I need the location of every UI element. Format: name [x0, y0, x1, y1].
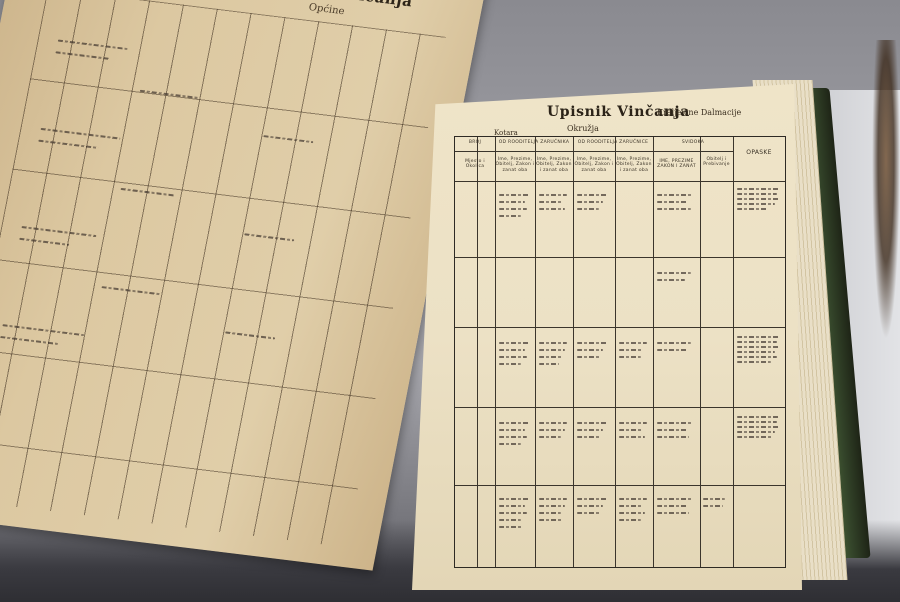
entry-handwriting: [577, 189, 611, 215]
entry-handwriting: [539, 417, 571, 443]
entry-handwriting: [657, 493, 697, 519]
okruzja-label: Okružja: [567, 124, 599, 133]
right-page: Upisnik Vinčanja Kraljevine Dalmacije Ko…: [412, 84, 802, 590]
header-zarucnika-name: Ime, Prezime, Obitelj, Zakon i zanat oba: [495, 157, 535, 173]
entry-handwriting: [539, 493, 571, 526]
entry-handwriting: [577, 493, 611, 519]
header-zarucnika-group: OD ROODITELJA ZARUČNIKA: [495, 140, 573, 145]
entry-handwriting: [657, 267, 697, 286]
entry-handwriting: [499, 189, 533, 222]
remarks-handwriting: [737, 185, 783, 213]
entry-handwriting: [619, 337, 651, 363]
left-page-table-grid: [0, 0, 446, 547]
entry-handwriting: [499, 417, 533, 450]
entry-handwriting: [619, 417, 651, 443]
header-mjesto: Mjesto i Okolica: [455, 159, 495, 170]
region-label: Kraljevine Dalmacije: [657, 108, 741, 117]
header-broj: BROJ: [455, 140, 495, 145]
header-opaske: OPASKE: [733, 149, 785, 156]
entry-handwriting: [703, 493, 731, 512]
entry-handwriting: [577, 417, 611, 443]
register-table: BROJ Mjesto i Okolica OD ROODITELJA ZARU…: [454, 136, 786, 568]
header-svjedoka-group: SVIDOKA: [653, 140, 733, 145]
entry-handwriting: [539, 189, 571, 215]
header-zarucnika-name-2: Ime, Prezime, Obitelj, Zakon i zanat oba: [535, 157, 573, 173]
entry-handwriting: [499, 493, 533, 533]
entry-handwriting: [619, 493, 651, 526]
entry-handwriting: [577, 337, 611, 363]
header-zarucnice-group: OD ROODITELJA ZARUČNICE: [573, 140, 653, 145]
entry-handwriting: [657, 337, 697, 356]
left-page-subtitle: Općine: [308, 2, 346, 17]
entry-handwriting: [657, 189, 697, 215]
entry-handwriting: [539, 337, 571, 370]
left-page: Upisnik Vinčanja Općine: [0, 0, 487, 571]
header-zarucnice-name-2: Ime, Prezime, Obitelj, Zakon i zanat oba: [615, 157, 653, 173]
header-zarucnice-name: Ime, Prezime, Obitelj, Zakon i zanat oba: [573, 157, 615, 173]
remarks-handwriting: [737, 333, 783, 366]
header-svjedoka-name: IME, PREZIME ZAKON I ZANAT: [653, 159, 700, 170]
remarks-handwriting: [737, 413, 783, 441]
header-obitelj: Obitelj i Prebivanje: [700, 157, 733, 168]
decorative-ornament: [872, 40, 900, 340]
entry-handwriting: [657, 417, 697, 443]
entry-handwriting: [499, 337, 533, 370]
